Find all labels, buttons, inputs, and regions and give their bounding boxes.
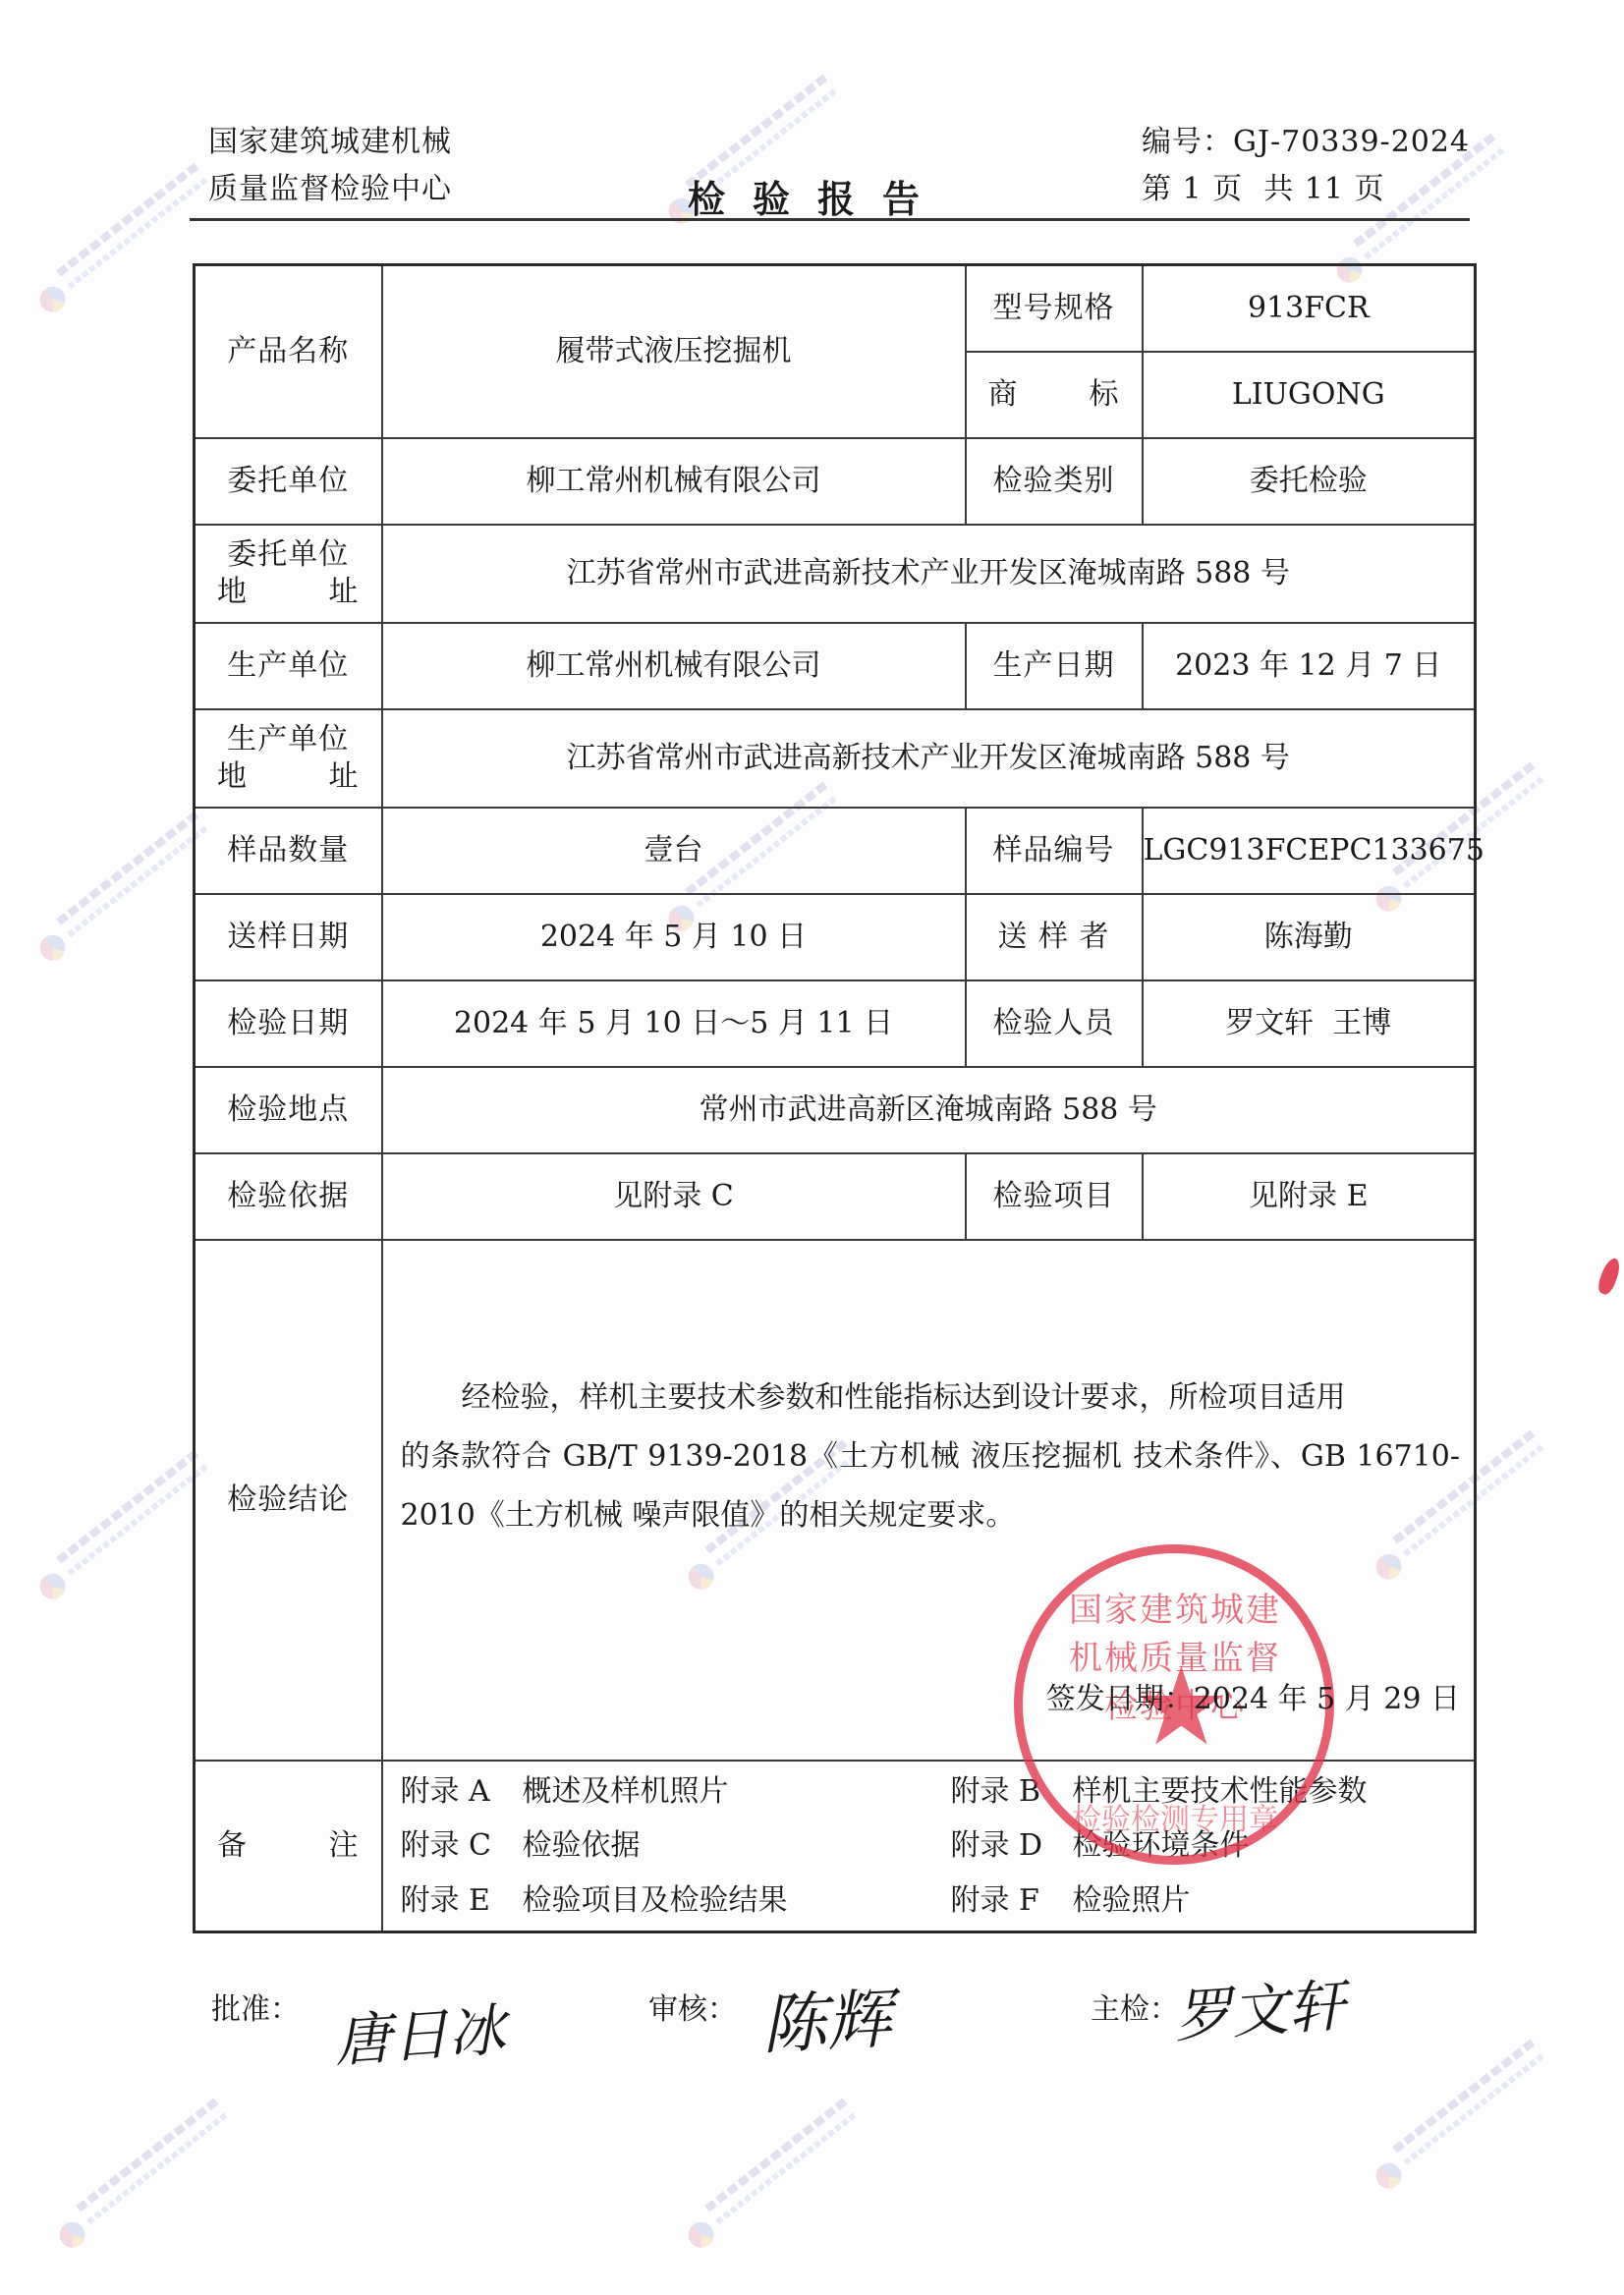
report-number: 编号：GJ-70339-2024: [1142, 128, 1470, 157]
client-address-value: 江苏省常州市武进高新技术产业开发区淹城南路 588 号: [382, 525, 1476, 623]
model-value: 913FCR: [1143, 265, 1476, 352]
inspection-type-label: 检验类别: [966, 438, 1143, 525]
deliverer-label: 送 样 者: [966, 894, 1143, 980]
seal-bottom-text: 检验检测专用章: [1072, 1795, 1278, 1838]
org-name-line2: 质量监督检验中心: [208, 175, 452, 204]
model-label: 型号规格: [966, 265, 1143, 352]
brand-value: LIUGONG: [1143, 352, 1476, 438]
page-title: 检验报告: [688, 169, 947, 223]
issue-date: 签发日期：2024 年 5 月 29 日: [1046, 1681, 1460, 1718]
notes-label: 备注: [195, 1761, 382, 1932]
sample-qty-label: 样品数量: [195, 808, 382, 894]
location-label: 检验地点: [195, 1067, 382, 1153]
review-signature: 陈辉: [759, 1967, 894, 2067]
manufacturer-address-value: 江苏省常州市武进高新技术产业开发区淹城南路 588 号: [382, 709, 1476, 808]
page-info: 第 1 页 共 11 页: [1142, 175, 1384, 204]
conclusion-text: 经检验，样机主要技术参数和性能指标达到设计要求，所检项目适用 的条款符合 GB/…: [401, 1369, 1461, 1545]
appendix-f: 附录 F检验照片: [951, 1882, 1442, 1920]
org-name-line1: 国家建筑城建机械: [208, 128, 452, 157]
sample-qty-value: 壹台: [382, 808, 966, 894]
watermark: [1358, 2024, 1570, 2211]
inspection-type-value: 委托检验: [1143, 438, 1476, 525]
delivery-date-label: 送样日期: [195, 894, 382, 980]
appendix-a: 附录 A概述及样机照片: [401, 1773, 951, 1811]
manufacturer-value: 柳工常州机械有限公司: [382, 623, 966, 709]
chief-inspector-label: 主检：: [1091, 1985, 1179, 2028]
manufacturer-address-label: 生产单位 地址: [195, 709, 382, 808]
basis-label: 检验依据: [195, 1153, 382, 1240]
client-value: 柳工常州机械有限公司: [382, 438, 966, 525]
approve-signature: 唐日冰: [331, 1984, 507, 2078]
client-address-label: 委托单位 地址: [195, 525, 382, 623]
deliverer-value: 陈海勤: [1143, 894, 1476, 980]
header-divider: [190, 218, 1470, 221]
basis-value: 见附录 C: [382, 1153, 966, 1240]
production-date-value: 2023 年 12 月 7 日: [1143, 623, 1476, 709]
review-label: 审核：: [648, 1985, 737, 2028]
appendix-c: 附录 C检验依据: [401, 1827, 951, 1865]
product-name-value: 履带式液压挖掘机: [382, 265, 966, 438]
sample-no-label: 样品编号: [966, 808, 1143, 894]
inspectors-label: 检验人员: [966, 980, 1143, 1067]
seal-edge-mark: [1596, 1256, 1623, 1296]
watermark: [41, 2083, 253, 2270]
inspection-date-value: 2024 年 5 月 10 日～5 月 11 日: [382, 980, 966, 1067]
items-label: 检验项目: [966, 1153, 1143, 1240]
manufacturer-label: 生产单位: [195, 623, 382, 709]
watermark: [670, 2083, 882, 2270]
location-value: 常州市武进高新区淹城南路 588 号: [382, 1067, 1476, 1153]
items-value: 见附录 E: [1143, 1153, 1476, 1240]
appendix-e: 附录 E检验项目及检验结果: [401, 1882, 951, 1920]
report-table: 产品名称 履带式液压挖掘机 型号规格 913FCR 商标 LIUGONG 委托单…: [193, 263, 1477, 1933]
approve-label: 批准：: [211, 1985, 300, 2028]
inspection-date-label: 检验日期: [195, 980, 382, 1067]
delivery-date-value: 2024 年 5 月 10 日: [382, 894, 966, 980]
product-name-label: 产品名称: [195, 265, 382, 438]
chief-inspector-signature: 罗文轩: [1171, 1959, 1347, 2053]
sample-no-value: LGC913FCEPC133675: [1143, 808, 1476, 894]
conclusion-label: 检验结论: [195, 1240, 382, 1761]
inspectors-value: 罗文轩 王博: [1143, 980, 1476, 1067]
client-label: 委托单位: [195, 438, 382, 525]
production-date-label: 生产日期: [966, 623, 1143, 709]
conclusion-cell: 经检验，样机主要技术参数和性能指标达到设计要求，所检项目适用 的条款符合 GB/…: [382, 1240, 1476, 1761]
brand-label: 商标: [966, 352, 1143, 438]
